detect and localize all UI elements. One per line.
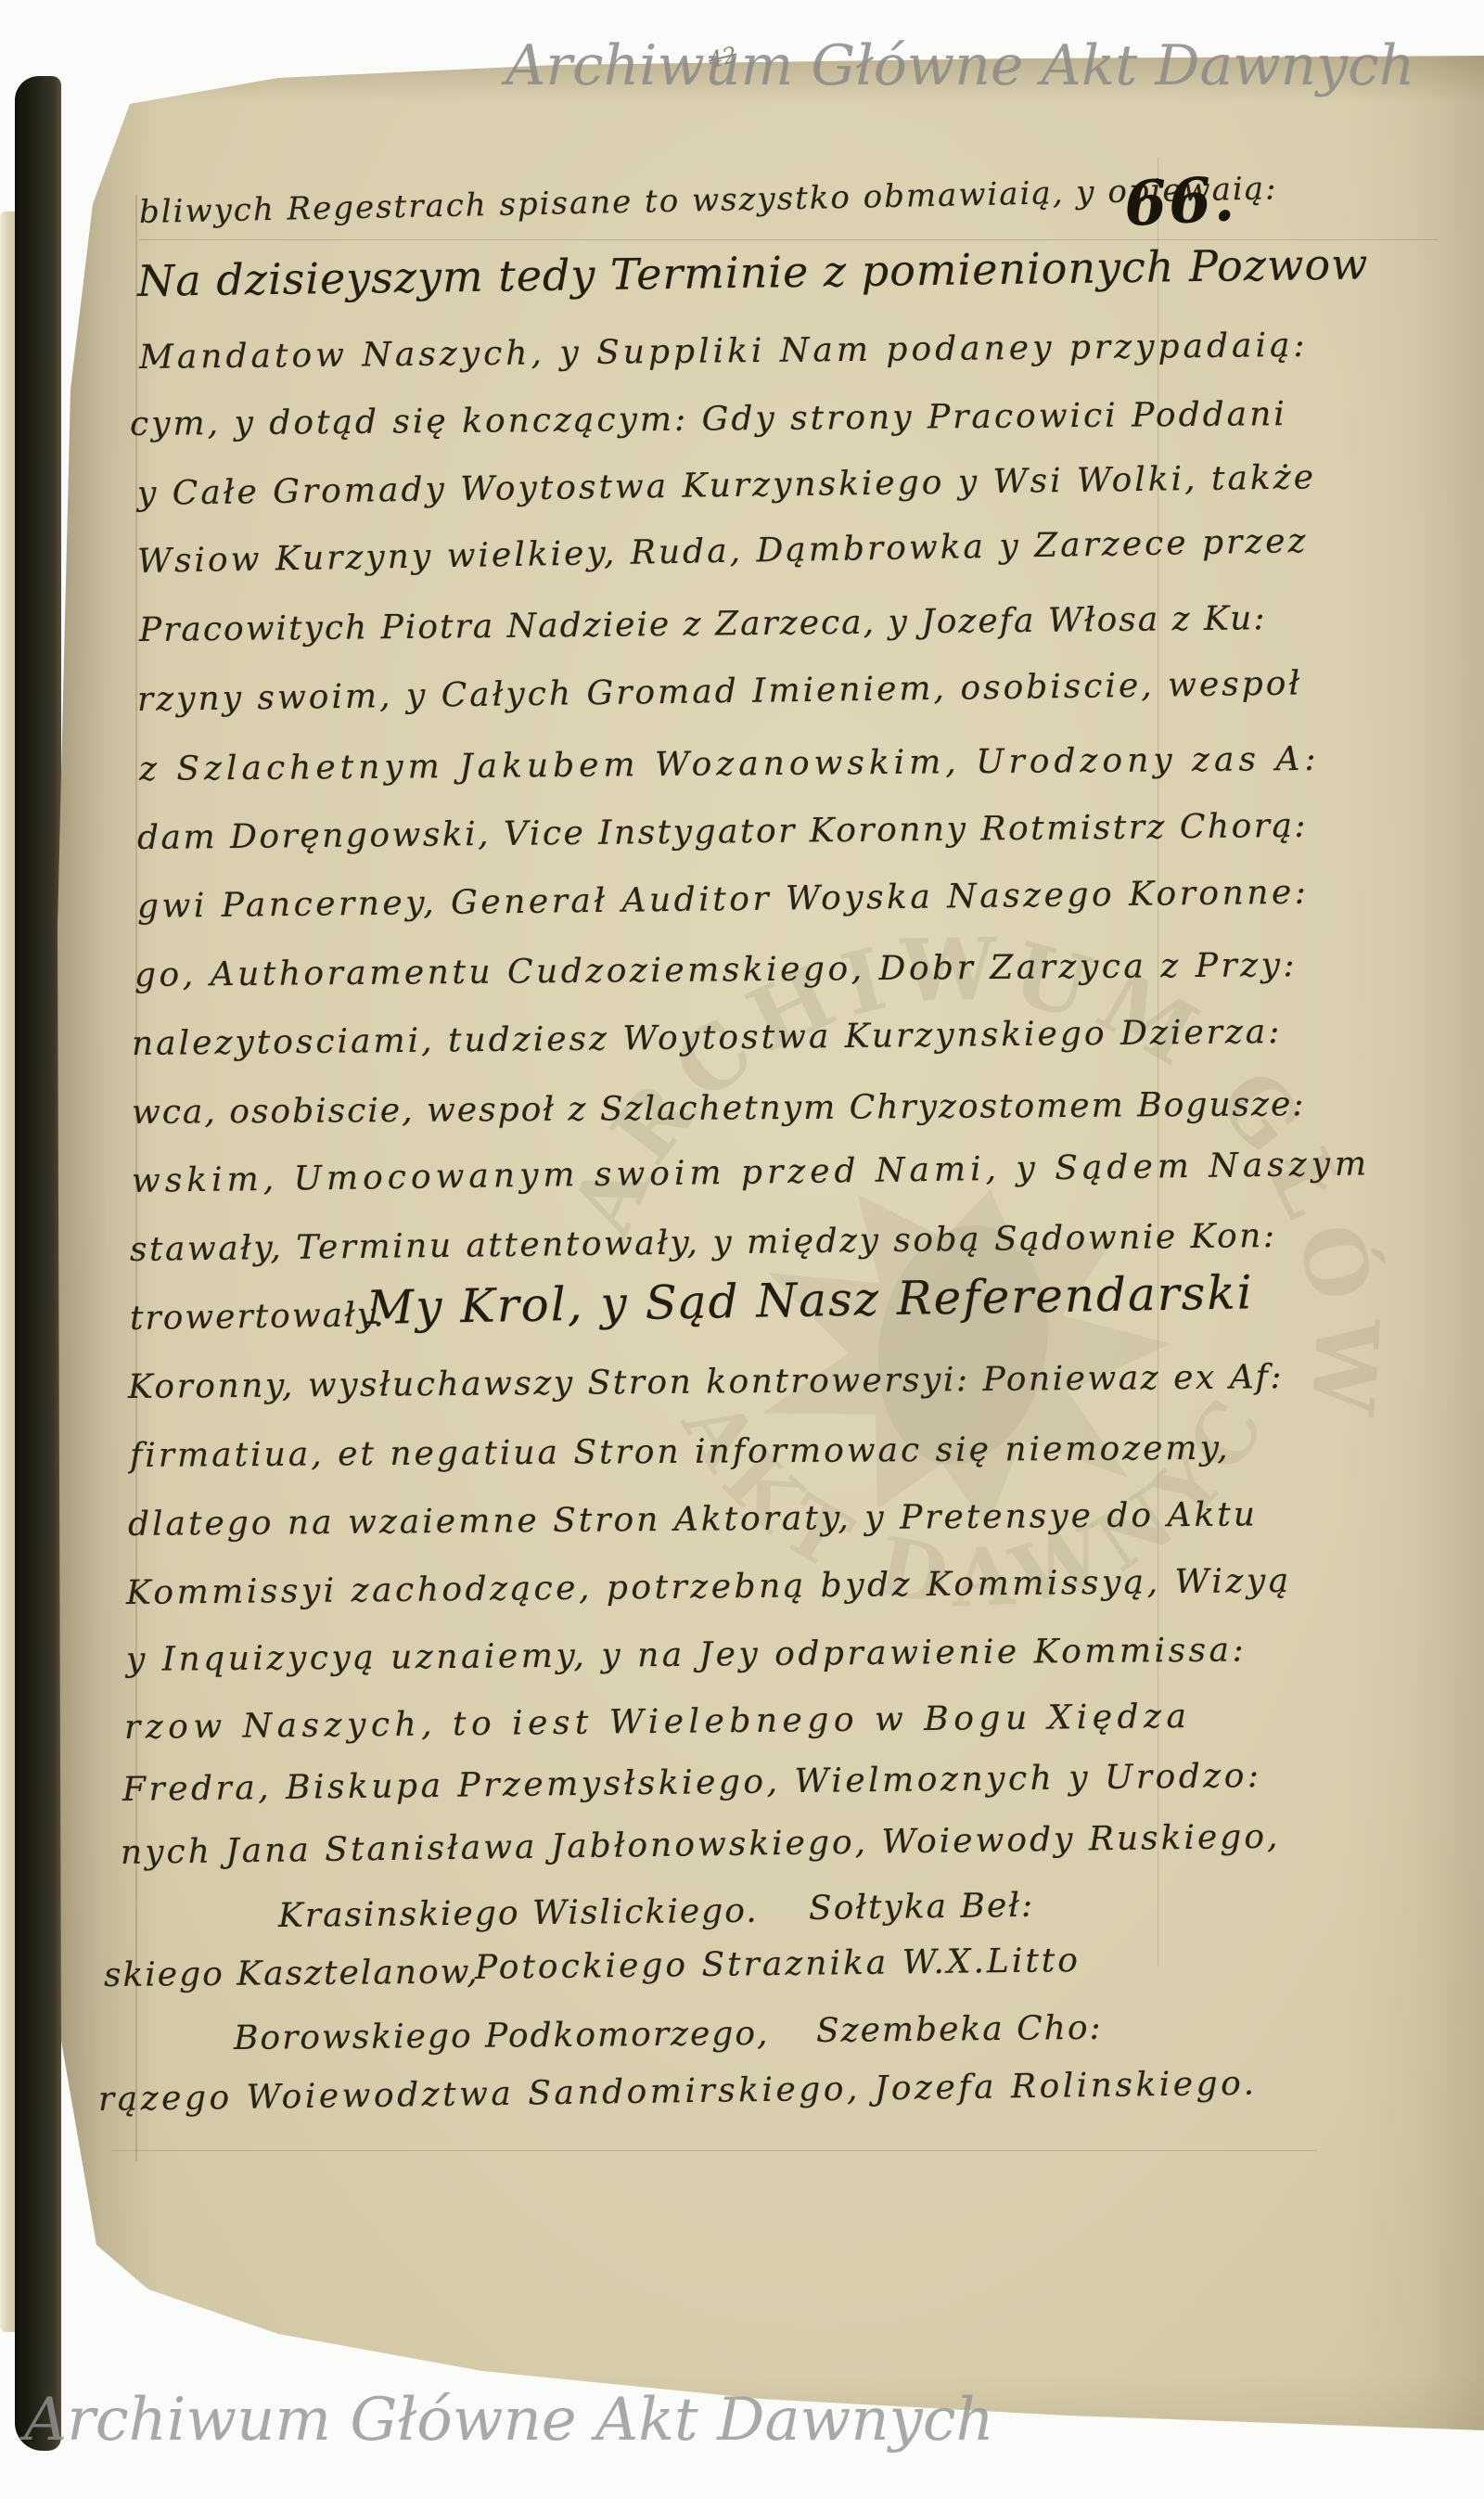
manuscript-line: y Całe Gromady Woytostwa Kurzynskiego y … <box>137 461 1316 511</box>
manuscript-line: z Szlachetnym Jakubem Wozanowskim, Urodz… <box>139 743 1321 787</box>
manuscript-line: nych Jana Stanisława Jabłonowskiego, Woi… <box>121 1821 1281 1870</box>
manuscript-line: gwi Pancerney, Generał Auditor Woyska Na… <box>137 877 1310 924</box>
manuscript-line: Sołtyka Beł: <box>809 1890 1035 1926</box>
archive-watermark-bottom: Archiwum Główne Akt Dawnych <box>24 2386 994 2454</box>
manuscript-line: Pracowitych Piotra Nadzieie z Zarzeca, y… <box>139 602 1267 647</box>
manuscript-line: rązego Woiewodztwa Sandomirskiego, Jozef… <box>98 2068 1258 2117</box>
manuscript-line: Potockiego Straznika W.X.Litto <box>475 1944 1081 1985</box>
manuscript-line: wca, osobiscie, wespoł z Szlachetnym Chr… <box>132 1088 1306 1130</box>
manuscript-line: Fredra, Biskupa Przemysłskiego, Wielmozn… <box>122 1760 1262 1807</box>
manuscript-line: Szembeka Cho: <box>816 2012 1103 2048</box>
manuscript-line: skiego Kasztelanow, <box>104 1955 480 1993</box>
manuscript-line: Krasinskiego Wislickiego. <box>278 1895 759 1933</box>
archive-watermark-top: Archiwum Główne Akt Dawnych <box>505 33 1414 98</box>
page-number: 66. <box>1122 162 1238 240</box>
manuscript-line: trowertowały. <box>130 1299 386 1336</box>
manuscript-line: Borowskiego Podkomorzego, <box>234 2018 770 2056</box>
manuscript-line: cym, y dotąd się konczącym: Gdy strony P… <box>130 398 1287 442</box>
manuscript-line: Mandatow Naszych, y Suppliki Nam podaney… <box>139 329 1309 375</box>
manuscript-line: Wsiow Kurzyny wielkiey, Ruda, Dąmbrowka … <box>137 525 1309 579</box>
manuscript-line: y Inquizycyą uznaiemy, y na Jey odprawie… <box>126 1634 1247 1677</box>
archival-scan: ARCHIWUM GŁÓWNE AKT DAWNYCH bliwych Rege… <box>0 0 1484 2499</box>
manuscript-page: ARCHIWUM GŁÓWNE AKT DAWNYCH bliwych Rege… <box>0 0 1484 2499</box>
manuscript-line: firmatiua, et negatiua Stron informowac … <box>130 1432 1231 1473</box>
book-binding <box>15 76 61 2451</box>
manuscript-line: rzyny swoim, y Całych Gromad Imieniem, o… <box>137 667 1303 717</box>
bottom-crease-line <box>111 2150 1317 2151</box>
manuscript-line: dam Doręngowski, Vice Instygator Koronny… <box>137 810 1308 855</box>
manuscript-line: Na dzisieyszym tedy Terminie z pomienion… <box>137 242 1369 302</box>
manuscript-line: bliwych Regestrach spisane to wszystko o… <box>139 173 1278 228</box>
